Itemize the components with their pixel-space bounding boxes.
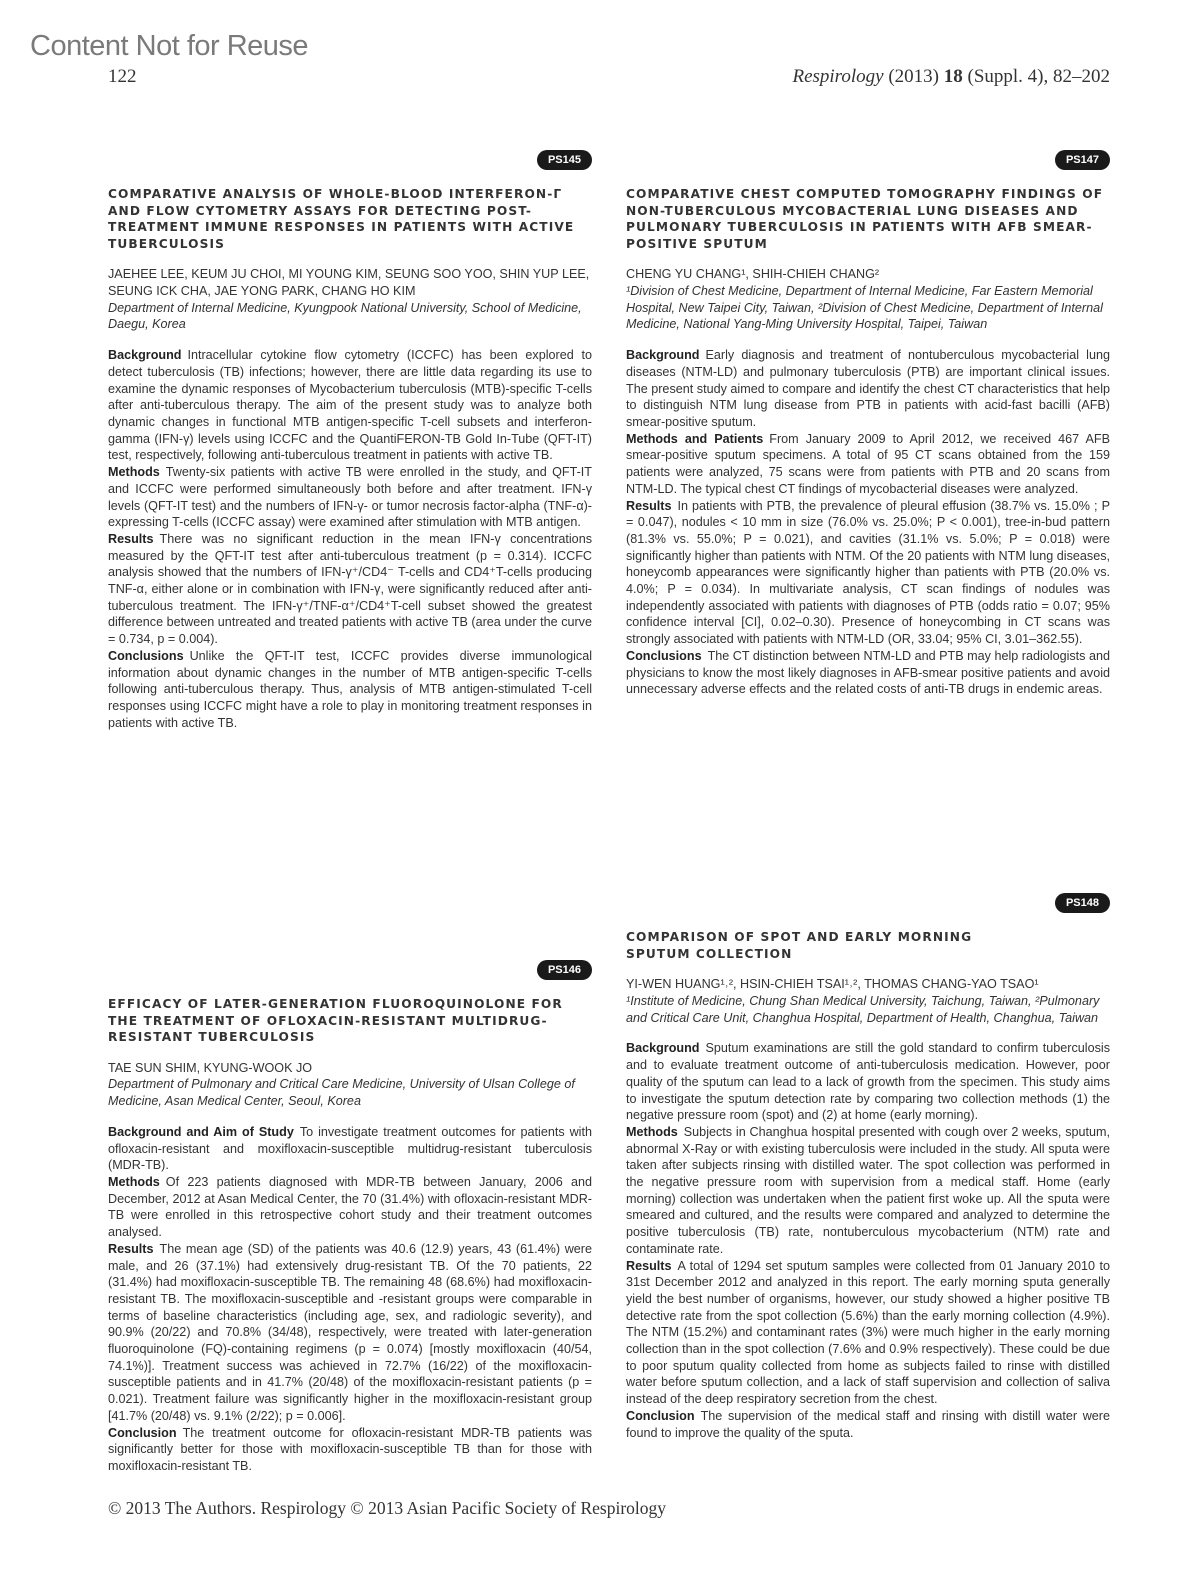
abstract-title: COMPARISON OF SPOT AND EARLY MORNING SPU…	[626, 929, 1006, 962]
abstract-ps148: PS148 COMPARISON OF SPOT AND EARLY MORNI…	[626, 893, 1110, 1441]
abstract-ps147: PS147 COMPARATIVE CHEST COMPUTED TOMOGRA…	[626, 150, 1110, 698]
section-label: Background	[626, 348, 699, 362]
section-text: Twenty-six patients with active TB were …	[108, 465, 592, 529]
section-results: ResultsThere was no significant reductio…	[108, 531, 592, 648]
abstract-id-badge: PS147	[1055, 150, 1110, 170]
abstract-authors: JAEHEE LEE, KEUM JU CHOI, MI YOUNG KIM, …	[108, 266, 592, 300]
section-results: ResultsA total of 1294 set sputum sample…	[626, 1258, 1110, 1408]
abstract-title: EFFICACY OF LATER-GENERATION FLUOROQUINO…	[108, 996, 592, 1046]
section-label: Results	[626, 1259, 672, 1273]
section-label: Methods and Patients	[626, 432, 763, 446]
journal-citation: Respirology (2013) 18 (Suppl. 4), 82–202	[792, 66, 1110, 88]
section-methods: MethodsOf 223 patients diagnosed with MD…	[108, 1174, 592, 1241]
section-text: Subjects in Changhua hospital presented …	[626, 1125, 1110, 1256]
section-results: ResultsIn patients with PTB, the prevale…	[626, 498, 1110, 648]
section-text: The mean age (SD) of the patients was 40…	[108, 1242, 592, 1423]
abstract-id-badge: PS148	[1055, 893, 1110, 913]
section-methods: MethodsTwenty-six patients with active T…	[108, 464, 592, 531]
abstract-affiliation: ¹Institute of Medicine, Chung Shan Medic…	[626, 993, 1110, 1027]
abstract-title: COMPARATIVE ANALYSIS OF WHOLE-BLOOD INTE…	[108, 186, 592, 252]
journal-name: Respirology	[792, 66, 883, 87]
section-background: BackgroundIntracellular cytokine flow cy…	[108, 347, 592, 464]
section-text: Intracellular cytokine flow cytometry (I…	[108, 348, 592, 462]
abstract-authors: CHENG YU CHANG¹, SHIH-CHIEH CHANG²	[626, 266, 1110, 283]
section-label: Background	[108, 348, 181, 362]
section-conclusion: ConclusionThe supervision of the medical…	[626, 1408, 1110, 1441]
section-text: There was no significant reduction in th…	[108, 532, 592, 646]
journal-year: (2013)	[888, 66, 939, 87]
section-label: Background	[626, 1041, 699, 1055]
abstract-ps146: PS146 EFFICACY OF LATER-GENERATION FLUOR…	[108, 960, 592, 1475]
section-label: Results	[108, 1242, 154, 1256]
abstract-id-badge: PS145	[537, 150, 592, 170]
page-number: 122	[108, 66, 137, 88]
copyright-footer: © 2013 The Authors. Respirology © 2013 A…	[108, 1498, 666, 1519]
journal-volume: 18	[944, 66, 963, 87]
section-label: Conclusion	[626, 1409, 695, 1423]
abstract-affiliation: Department of Internal Medicine, Kyungpo…	[108, 300, 592, 334]
section-background: BackgroundEarly diagnosis and treatment …	[626, 347, 1110, 431]
section-label: Conclusions	[626, 649, 702, 663]
section-label: Conclusions	[108, 649, 184, 663]
abstract-affiliation: Department of Pulmonary and Critical Car…	[108, 1076, 592, 1110]
journal-issue-pages: (Suppl. 4), 82–202	[968, 66, 1111, 87]
section-text: A total of 1294 set sputum samples were …	[626, 1259, 1110, 1407]
abstract-affiliation: ¹Division of Chest Medicine, Department …	[626, 283, 1110, 333]
abstract-ps145: PS145 COMPARATIVE ANALYSIS OF WHOLE-BLOO…	[108, 150, 592, 731]
section-conclusion: ConclusionThe treatment outcome for oflo…	[108, 1425, 592, 1475]
section-label: Results	[108, 532, 154, 546]
section-text: The supervision of the medical staff and…	[626, 1409, 1110, 1440]
section-label: Conclusion	[108, 1426, 177, 1440]
abstract-id-badge: PS146	[537, 960, 592, 980]
section-background: Background and Aim of StudyTo investigat…	[108, 1124, 592, 1174]
section-methods: MethodsSubjects in Changhua hospital pre…	[626, 1124, 1110, 1258]
section-methods: Methods and PatientsFrom January 2009 to…	[626, 431, 1110, 498]
section-text: Of 223 patients diagnosed with MDR-TB be…	[108, 1175, 592, 1239]
abstract-authors: YI-WEN HUANG¹˒², HSIN-CHIEH TSAI¹˒², THO…	[626, 976, 1110, 993]
section-text: In patients with PTB, the prevalence of …	[626, 499, 1110, 647]
section-conclusions: ConclusionsThe CT distinction between NT…	[626, 648, 1110, 698]
abstract-title: COMPARATIVE CHEST COMPUTED TOMOGRAPHY FI…	[626, 186, 1110, 252]
watermark: Content Not for Reuse	[30, 30, 308, 63]
section-label: Background and Aim of Study	[108, 1125, 294, 1139]
section-conclusions: ConclusionsUnlike the QFT-IT test, ICCFC…	[108, 648, 592, 732]
abstract-authors: TAE SUN SHIM, KYUNG-WOOK JO	[108, 1060, 592, 1077]
section-results: ResultsThe mean age (SD) of the patients…	[108, 1241, 592, 1425]
section-label: Methods	[108, 1175, 160, 1189]
section-label: Methods	[626, 1125, 678, 1139]
section-text: The treatment outcome for ofloxacin-resi…	[108, 1426, 592, 1473]
section-label: Methods	[108, 465, 160, 479]
section-label: Results	[626, 499, 672, 513]
section-background: BackgroundSputum examinations are still …	[626, 1040, 1110, 1124]
